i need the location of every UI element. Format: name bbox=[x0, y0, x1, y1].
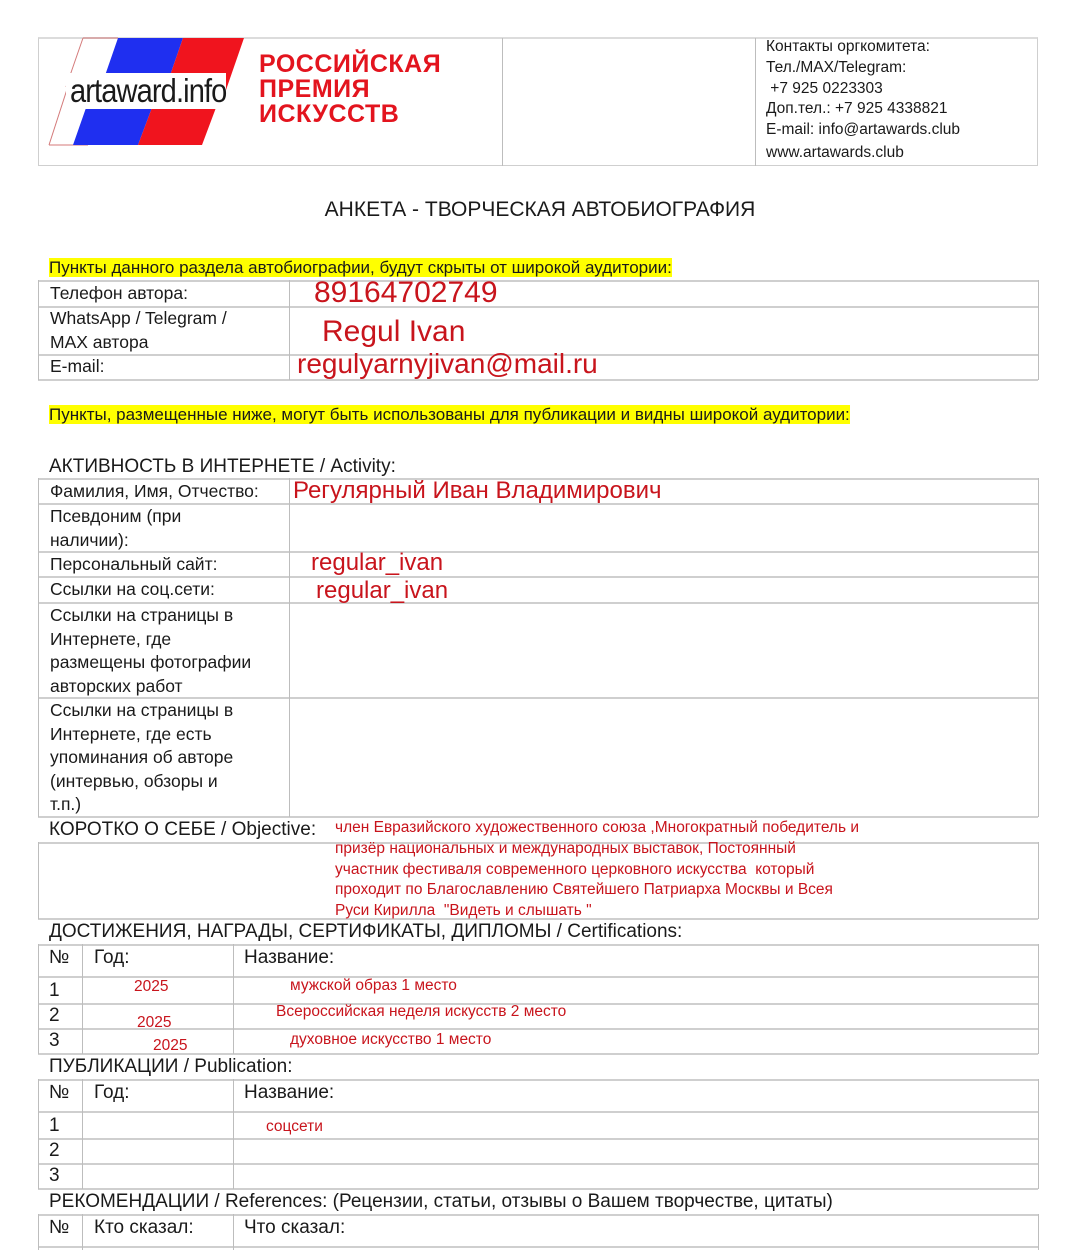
col-name: Название: bbox=[244, 947, 334, 969]
phone-value: 89164702749 bbox=[314, 276, 498, 310]
website-value: regular_ivan bbox=[311, 549, 443, 577]
private-note: Пункты данного раздела автобиографии, бу… bbox=[49, 258, 672, 278]
label-line: размещены фотографии bbox=[50, 651, 251, 675]
col-who-said: Кто сказал: bbox=[94, 1217, 194, 1239]
header-divider bbox=[502, 38, 503, 166]
label-line: Интернете, где есть bbox=[50, 723, 233, 747]
publications-heading: ПУБЛИКАЦИИ / Publication: bbox=[49, 1056, 293, 1078]
social-links-value: regular_ivan bbox=[316, 577, 448, 605]
brand-title: РОССИЙСКАЯ ПРЕМИЯ ИСКУССТВ bbox=[259, 52, 441, 127]
contacts-website: www.artawards.club bbox=[766, 143, 960, 164]
objective-line: Руси Кирилла "Видеть и слышать " bbox=[335, 901, 859, 922]
label-line: WhatsApp / Telegram / bbox=[50, 307, 227, 331]
full-name-value: Регулярный Иван Владимирович bbox=[293, 477, 661, 505]
phone-label: Телефон автора: bbox=[50, 282, 188, 306]
messenger-label: WhatsApp / Telegram / MAX автора bbox=[50, 307, 227, 354]
website-label: Персональный сайт: bbox=[50, 553, 217, 577]
label-line: т.п.) bbox=[50, 793, 233, 817]
brand-line: ИСКУССТВ bbox=[259, 102, 441, 127]
contacts-email: E-mail: info@artawards.club bbox=[766, 120, 960, 141]
social-links-label: Ссылки на соц.сети: bbox=[50, 578, 215, 602]
public-note-text: Пункты, размещенные ниже, могут быть исп… bbox=[49, 405, 850, 424]
objective-line: проходит по Благославлению Святейшего Па… bbox=[335, 880, 859, 901]
label-line: Интернете, где bbox=[50, 628, 251, 652]
label-line: Ссылки на страницы в bbox=[50, 699, 233, 723]
brand-line: ПРЕМИЯ bbox=[259, 77, 441, 102]
col-number: № bbox=[49, 1082, 69, 1104]
label-line: Псевдоним (при bbox=[50, 505, 181, 529]
achievement-num: 1 bbox=[49, 980, 60, 1002]
col-number: № bbox=[49, 947, 69, 969]
achievement-num: 2 bbox=[49, 1005, 60, 1027]
col-year: Год: bbox=[94, 1082, 130, 1104]
objective-text: член Евразийского художественного союза … bbox=[335, 818, 859, 922]
label-line: упоминания об авторе bbox=[50, 746, 233, 770]
private-note-text: Пункты данного раздела автобиографии, бу… bbox=[49, 258, 672, 277]
label-line: Ссылки на страницы в bbox=[50, 604, 251, 628]
logo-text: artaward.info bbox=[70, 72, 226, 110]
pseudonym-value bbox=[295, 505, 1035, 549]
achievements-heading: ДОСТИЖЕНИЯ, НАГРАДЫ, СЕРТИФИКАТЫ, ДИПЛОМ… bbox=[49, 921, 682, 943]
header-divider bbox=[755, 38, 756, 166]
publication-num: 2 bbox=[49, 1140, 60, 1162]
contacts-block: Контакты оргкомитета: Тел./MAX/Telegram:… bbox=[766, 37, 960, 164]
achievement-year: 2025 bbox=[134, 978, 168, 996]
messenger-value: Regul Ivan bbox=[322, 315, 465, 349]
col-number: № bbox=[49, 1217, 69, 1239]
col-name: Название: bbox=[244, 1082, 334, 1104]
artaward-logo: artaward.info bbox=[48, 37, 248, 147]
brand-line: РОССИЙСКАЯ bbox=[259, 52, 441, 77]
achievement-year: 2025 bbox=[153, 1037, 187, 1055]
photo-links-value bbox=[295, 604, 1035, 694]
achievement-name: духовное искусство 1 место bbox=[290, 1031, 491, 1049]
mentions-links-label: Ссылки на страницы в Интернете, где есть… bbox=[50, 699, 233, 817]
objective-line: призёр национальных и международных выст… bbox=[335, 839, 859, 860]
full-name-label: Фамилия, Имя, Отчество: bbox=[50, 480, 259, 504]
achievement-num: 3 bbox=[49, 1030, 60, 1052]
activity-heading: АКТИВНОСТЬ В ИНТЕРНЕТЕ / Activity: bbox=[49, 456, 396, 478]
mentions-links-value bbox=[295, 699, 1035, 814]
public-note: Пункты, размещенные ниже, могут быть исп… bbox=[49, 405, 850, 425]
contacts-phone: +7 925 0223303 bbox=[766, 79, 960, 100]
objective-line: участник фестиваля современного церковно… bbox=[335, 860, 859, 881]
col-what-said: Что сказал: bbox=[244, 1217, 345, 1239]
references-heading: РЕКОМЕНДАЦИИ / References: (Рецензии, ст… bbox=[49, 1191, 833, 1213]
publication-name: соцсети bbox=[266, 1118, 323, 1136]
page-title: АНКЕТА - ТВОРЧЕСКАЯ АВТОБИОГРАФИЯ bbox=[0, 198, 1080, 222]
label-line: наличии): bbox=[50, 529, 181, 553]
pseudonym-label: Псевдоним (при наличии): bbox=[50, 505, 181, 552]
objective-heading: КОРОТКО О СЕБЕ / Objective: bbox=[49, 819, 316, 841]
achievement-name: мужской образ 1 место bbox=[290, 977, 457, 995]
achievement-year: 2025 bbox=[137, 1014, 171, 1032]
col-year: Год: bbox=[94, 947, 130, 969]
publication-num: 1 bbox=[49, 1115, 60, 1137]
objective-line: член Евразийского художественного союза … bbox=[335, 818, 859, 839]
contacts-extra-phone: Доп.тел.: +7 925 4338821 bbox=[766, 99, 960, 120]
contacts-heading: Контакты оргкомитета: bbox=[766, 37, 960, 58]
contacts-line: Тел./MAX/Telegram: bbox=[766, 58, 960, 79]
photo-links-label: Ссылки на страницы в Интернете, где разм… bbox=[50, 604, 251, 698]
publication-num: 3 bbox=[49, 1165, 60, 1187]
label-line: MAX автора bbox=[50, 331, 227, 355]
achievement-name: Всероссийская неделя искусств 2 место bbox=[276, 1003, 566, 1021]
email-label: E-mail: bbox=[50, 355, 104, 379]
label-line: авторских работ bbox=[50, 675, 251, 699]
email-value: regulyarnyjivan@mail.ru bbox=[297, 348, 598, 380]
label-line: (интервью, обзоры и bbox=[50, 770, 233, 794]
